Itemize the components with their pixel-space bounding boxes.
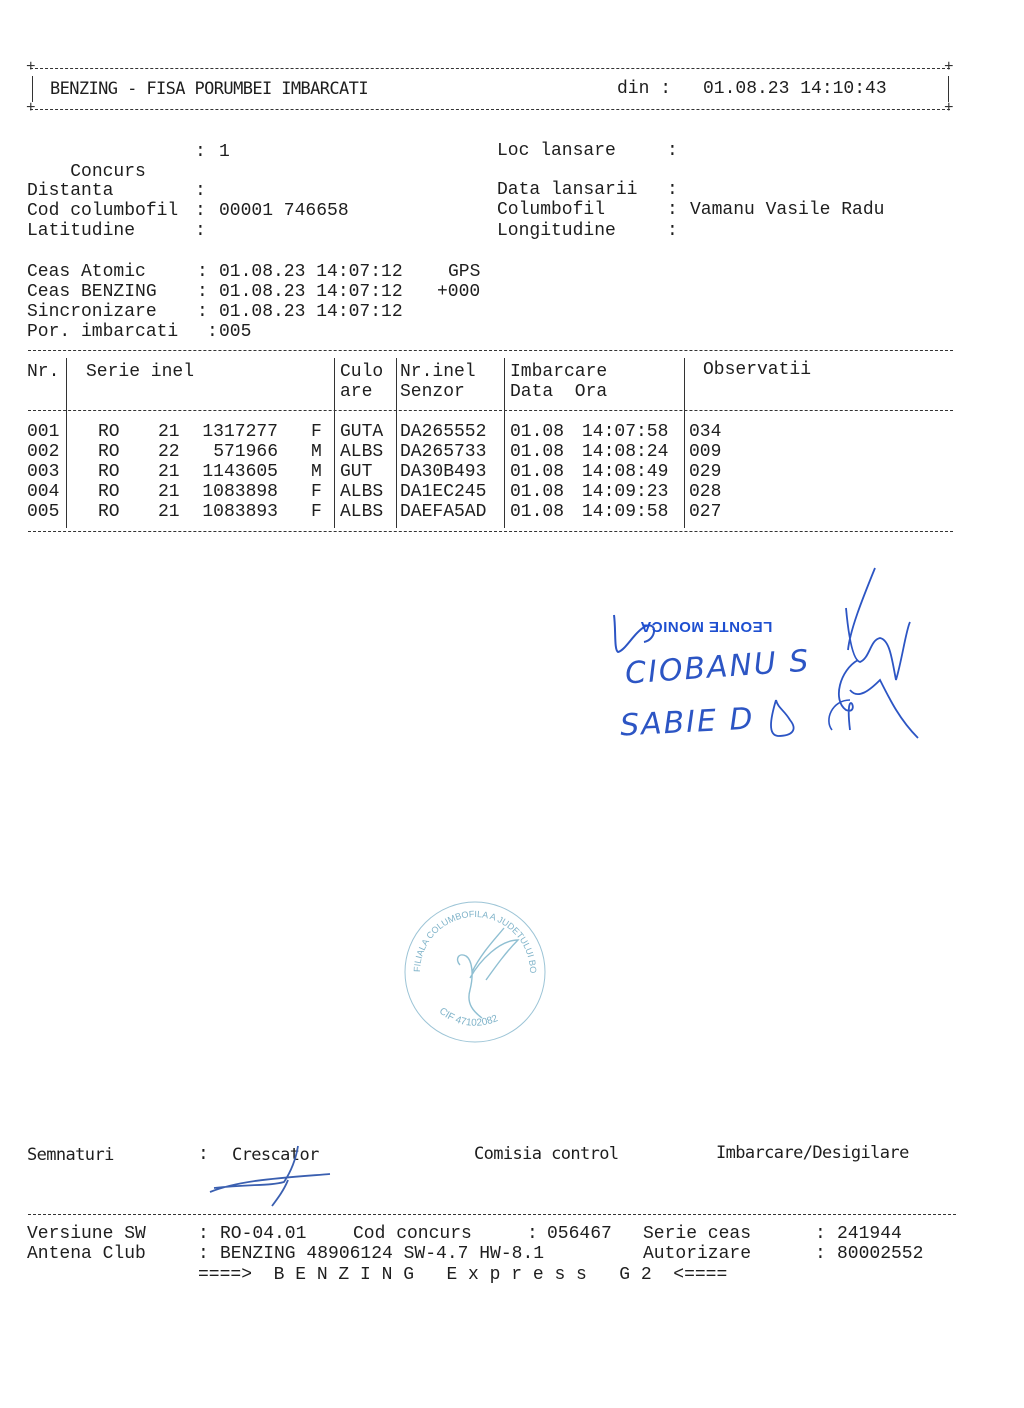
col-header-data-ora: Data Ora bbox=[510, 382, 607, 402]
concurs-value: 1 bbox=[219, 142, 230, 162]
cell-date: 01.08 bbox=[510, 442, 564, 462]
cell-color: ALBS bbox=[340, 482, 383, 502]
cell-date: 01.08 bbox=[510, 462, 564, 482]
antena-label: Antena Club bbox=[27, 1244, 146, 1264]
club-seal: FILIALA COLUMBOFILA A JUDETULUI BOTOSANI… bbox=[400, 900, 550, 1045]
cell-sex: F bbox=[311, 482, 322, 502]
stamp-name: LEONTE MONICA bbox=[640, 618, 772, 636]
cod-columbofil-value: 00001 746658 bbox=[219, 201, 349, 221]
clock-extra: GPS bbox=[448, 262, 480, 282]
versiune-label: Versiune SW bbox=[27, 1224, 146, 1244]
cell-observatii: 009 bbox=[689, 442, 721, 462]
cell-time: 14:08:24 bbox=[582, 442, 668, 462]
cell-observatii: 028 bbox=[689, 482, 721, 502]
autorizare-label: Autorizare bbox=[643, 1244, 751, 1264]
clock-value: 01.08.23 14:07:12 bbox=[219, 282, 403, 302]
cell-sex: F bbox=[311, 422, 322, 442]
table-bottom-rule bbox=[28, 531, 953, 532]
col-header-culoare: Culo bbox=[340, 362, 383, 382]
cell-ring: 1317277 bbox=[202, 422, 278, 442]
cell-observatii: 034 bbox=[689, 422, 721, 442]
table-header-rule bbox=[28, 410, 953, 411]
corner-plus: + bbox=[26, 60, 36, 74]
cell-color: GUT bbox=[340, 462, 372, 482]
cell-ring: 571966 bbox=[213, 442, 278, 462]
info-label: Latitudine bbox=[27, 221, 135, 241]
benzing-banner: ====> B E N Z I N G E x p r e s s G 2 <=… bbox=[198, 1265, 727, 1285]
cell-ring: 1083898 bbox=[202, 482, 278, 502]
cell-nr: 001 bbox=[27, 422, 59, 442]
cell-time: 14:09:23 bbox=[582, 482, 668, 502]
colon: : bbox=[667, 180, 678, 200]
cell-sensor: DA1EC245 bbox=[400, 482, 486, 502]
din-label: din : bbox=[617, 79, 671, 99]
info-label: Cod columbofil bbox=[27, 201, 178, 221]
cell-sex: F bbox=[311, 502, 322, 522]
info-label: Data lansarii bbox=[497, 180, 637, 200]
cell-country: RO bbox=[98, 462, 120, 482]
colon: : bbox=[195, 221, 206, 241]
cell-color: ALBS bbox=[340, 442, 383, 462]
colon: : bbox=[815, 1244, 826, 1264]
info-label: Loc lansare bbox=[497, 141, 616, 161]
colon: : bbox=[197, 262, 208, 282]
por-imbarcati-value: 005 bbox=[219, 322, 251, 342]
clock-value: 01.08.23 14:07:12 bbox=[219, 302, 403, 322]
colon: : bbox=[198, 1224, 209, 1244]
cell-nr: 003 bbox=[27, 462, 59, 482]
cell-date: 01.08 bbox=[510, 502, 564, 522]
serie-ceas-value: 241944 bbox=[837, 1224, 902, 1244]
cell-observatii: 029 bbox=[689, 462, 721, 482]
colon: : bbox=[667, 141, 678, 161]
header-bottom-rule bbox=[30, 109, 950, 110]
col-divider bbox=[504, 358, 505, 528]
col-divider bbox=[396, 358, 397, 528]
cell-sensor: DA30B493 bbox=[400, 462, 486, 482]
cell-sensor: DA265733 bbox=[400, 442, 486, 462]
table-top-rule bbox=[28, 350, 953, 351]
info-label: Concurs bbox=[70, 162, 146, 182]
antena-value: BENZING 48906124 SW-4.7 HW-8.1 bbox=[220, 1244, 544, 1264]
col-header-culoare-2: are bbox=[340, 382, 372, 402]
corner-plus: + bbox=[944, 101, 954, 115]
cell-date: 01.08 bbox=[510, 422, 564, 442]
autorizare-value: 80002552 bbox=[837, 1244, 923, 1264]
colon: : bbox=[667, 221, 678, 241]
colon: : bbox=[195, 181, 206, 201]
cell-year: 21 bbox=[158, 502, 180, 522]
cell-nr: 002 bbox=[27, 442, 59, 462]
cod-concurs-label: Cod concurs bbox=[353, 1224, 472, 1244]
handwritten-name-2: SABIE D bbox=[619, 702, 755, 744]
cell-sensor: DAEFA5AD bbox=[400, 502, 486, 522]
colon: : bbox=[197, 302, 208, 322]
cell-date: 01.08 bbox=[510, 482, 564, 502]
cell-sex: M bbox=[311, 442, 322, 462]
corner-plus: + bbox=[26, 101, 36, 115]
cell-sex: M bbox=[311, 462, 322, 482]
col-header-serie: Serie inel bbox=[86, 362, 194, 382]
col-header-nr-inel: Nr.inel bbox=[400, 362, 476, 382]
dove-seal-icon: FILIALA COLUMBOFILA A JUDETULUI BOTOSANI… bbox=[400, 900, 550, 1045]
cell-observatii: 027 bbox=[689, 502, 721, 522]
col-divider bbox=[66, 358, 67, 528]
colon: : bbox=[207, 322, 218, 342]
serie-ceas-label: Serie ceas bbox=[643, 1224, 751, 1244]
colon: : bbox=[815, 1224, 826, 1244]
colon: : bbox=[198, 1244, 209, 1264]
col-divider bbox=[684, 358, 685, 528]
colon: : bbox=[195, 201, 206, 221]
signature-comisia: Comisia control bbox=[474, 1144, 619, 1164]
cell-country: RO bbox=[98, 502, 120, 522]
cell-color: GUTA bbox=[340, 422, 383, 442]
cod-concurs-value: 056467 bbox=[547, 1224, 612, 1244]
info-label: Longitudine bbox=[497, 221, 616, 241]
cell-year: 21 bbox=[158, 422, 180, 442]
cell-nr: 005 bbox=[27, 502, 59, 522]
versiune-value: RO-04.01 bbox=[220, 1224, 306, 1244]
cell-year: 22 bbox=[158, 442, 180, 462]
cell-ring: 1143605 bbox=[202, 462, 278, 482]
svg-text:FILIALA COLUMBOFILA A JUDETULU: FILIALA COLUMBOFILA A JUDETULUI BOTOSANI… bbox=[400, 900, 538, 973]
clock-value: 01.08.23 14:07:12 bbox=[219, 262, 403, 282]
cell-country: RO bbox=[98, 422, 120, 442]
cell-country: RO bbox=[98, 442, 120, 462]
cell-country: RO bbox=[98, 482, 120, 502]
cell-time: 14:08:49 bbox=[582, 462, 668, 482]
info-label: Columbofil bbox=[497, 200, 605, 220]
svg-text:CIF 47102082: CIF 47102082 bbox=[437, 1006, 500, 1029]
colon: : bbox=[195, 142, 206, 162]
clock-label: Ceas Atomic bbox=[27, 262, 146, 282]
header-top-rule bbox=[30, 68, 950, 69]
cell-ring: 1083893 bbox=[202, 502, 278, 522]
document-title: BENZING - FISA PORUMBEI IMBARCATI bbox=[50, 79, 368, 99]
col-header-imbarcare: Imbarcare bbox=[510, 362, 607, 382]
signatures-label: Semnaturi bbox=[27, 1145, 114, 1165]
clock-label: Ceas BENZING bbox=[27, 282, 157, 302]
cell-year: 21 bbox=[158, 462, 180, 482]
colon: : bbox=[667, 200, 678, 220]
col-header-observatii: Observatii bbox=[703, 360, 811, 380]
signature-imbarcare: Imbarcare/Desigilare bbox=[716, 1143, 909, 1163]
columbofil-value: Vamanu Vasile Radu bbox=[690, 200, 884, 220]
clock-extra: +000 bbox=[437, 282, 480, 302]
col-header-nr: Nr. bbox=[27, 362, 59, 382]
cell-time: 14:07:58 bbox=[582, 422, 668, 442]
din-timestamp: 01.08.23 14:10:43 bbox=[703, 79, 887, 99]
cell-sensor: DA265552 bbox=[400, 422, 486, 442]
cell-nr: 004 bbox=[27, 482, 59, 502]
col-header-senzor: Senzor bbox=[400, 382, 465, 402]
cell-time: 14:09:58 bbox=[582, 502, 668, 522]
cell-color: ALBS bbox=[340, 502, 383, 522]
clock-label: Por. imbarcati bbox=[27, 322, 178, 342]
footer-rule bbox=[28, 1214, 956, 1215]
colon: : bbox=[527, 1224, 538, 1244]
crescator-signature-icon bbox=[200, 1140, 350, 1210]
cell-year: 21 bbox=[158, 482, 180, 502]
col-divider bbox=[334, 358, 335, 528]
colon: : bbox=[197, 282, 208, 302]
clock-label: Sincronizare bbox=[27, 302, 157, 322]
info-label: Distanta bbox=[27, 181, 113, 201]
corner-plus: + bbox=[944, 60, 954, 74]
